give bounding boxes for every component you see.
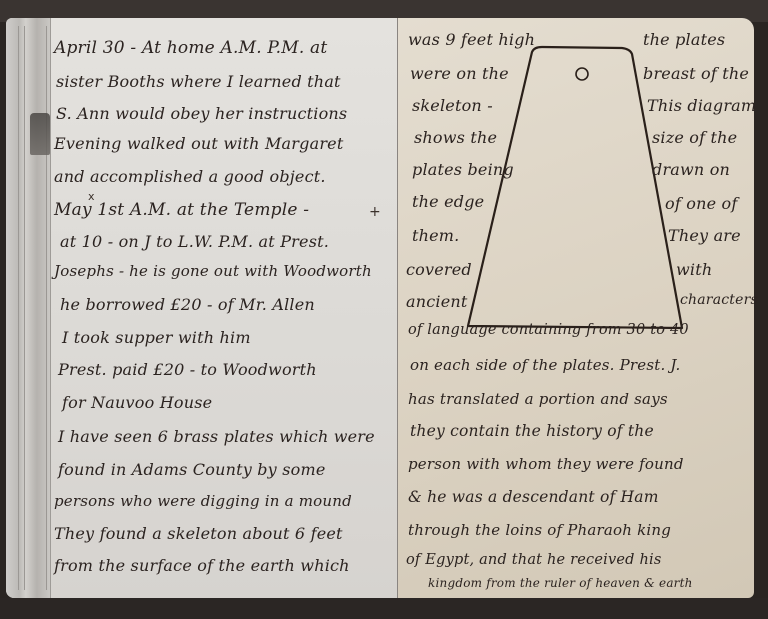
text-line: found in Adams County by some (58, 460, 326, 479)
text-line: plates being (412, 160, 514, 179)
text-line: of language containing from 30 to 40 (408, 322, 689, 338)
text-line: of Egypt, and that he received his (406, 552, 661, 568)
text-line: from the surface of the earth which (54, 556, 350, 575)
text-line: S. Ann would obey her instructions (56, 104, 347, 123)
binding-line (18, 26, 19, 590)
text-line: for Nauvoo House (62, 393, 212, 412)
text-line: was 9 feet high (408, 30, 535, 49)
text-line: has translated a portion and says (408, 390, 668, 408)
plate-diagram (462, 42, 692, 342)
page-binding-edge (6, 18, 51, 598)
text-line: ancient (406, 292, 468, 311)
text-line: were on the (410, 64, 509, 83)
superscript-mark: x (88, 190, 95, 203)
text-line: May 1st A.M. at the Temple - (54, 200, 309, 220)
text-line: skeleton - (412, 96, 493, 115)
text-line: at 10 - on J to L.W. P.M. at Prest. (60, 232, 329, 251)
text-line: They are (668, 226, 741, 245)
plate-hole-icon (576, 68, 588, 80)
text-line: Prest. paid £20 - to Woodworth (58, 360, 317, 379)
text-line: with (676, 260, 712, 279)
text-line: This diagram (647, 96, 756, 115)
text-line: characters (680, 292, 758, 308)
text-line: on each side of the plates. Prest. J. (410, 356, 680, 374)
text-line: the edge (412, 192, 484, 211)
text-line: I took supper with him (62, 328, 251, 347)
background-bottom (0, 598, 768, 619)
text-line: sister Booths where I learned that (56, 72, 341, 91)
text-line: kingdom from the ruler of heaven & earth (428, 576, 693, 590)
binding-line (46, 26, 47, 590)
text-line: & he was a descendant of Ham (408, 488, 659, 506)
binding-stain (30, 113, 50, 155)
text-line: They found a skeleton about 6 feet (54, 524, 343, 543)
text-line: the plates (643, 30, 725, 49)
text-line: size of the (652, 128, 737, 147)
text-line: I have seen 6 brass plates which were (58, 427, 375, 446)
text-line: April 30 - At home A.M. P.M. at (54, 38, 327, 58)
text-line: through the loins of Pharaoh king (408, 521, 671, 539)
text-line: person with whom they were found (408, 455, 684, 473)
text-line: persons who were digging in a mound (54, 492, 352, 510)
text-line: Josephs - he is gone out with Woodworth (54, 262, 372, 280)
text-line: them. (412, 226, 459, 245)
text-line: covered (406, 260, 472, 279)
text-line: he borrowed £20 - of Mr. Allen (60, 295, 315, 314)
text-line: Evening walked out with Margaret (54, 134, 343, 153)
text-line: drawn on (652, 160, 730, 179)
text-line: of one of (665, 194, 738, 213)
text-line: and accomplished a good object. (54, 167, 326, 186)
margin-cross-mark: + (369, 204, 381, 220)
text-line: breast of the (643, 64, 749, 83)
binding-line (24, 26, 25, 590)
text-line: shows the (414, 128, 497, 147)
text-line: they contain the history of the (410, 422, 654, 440)
